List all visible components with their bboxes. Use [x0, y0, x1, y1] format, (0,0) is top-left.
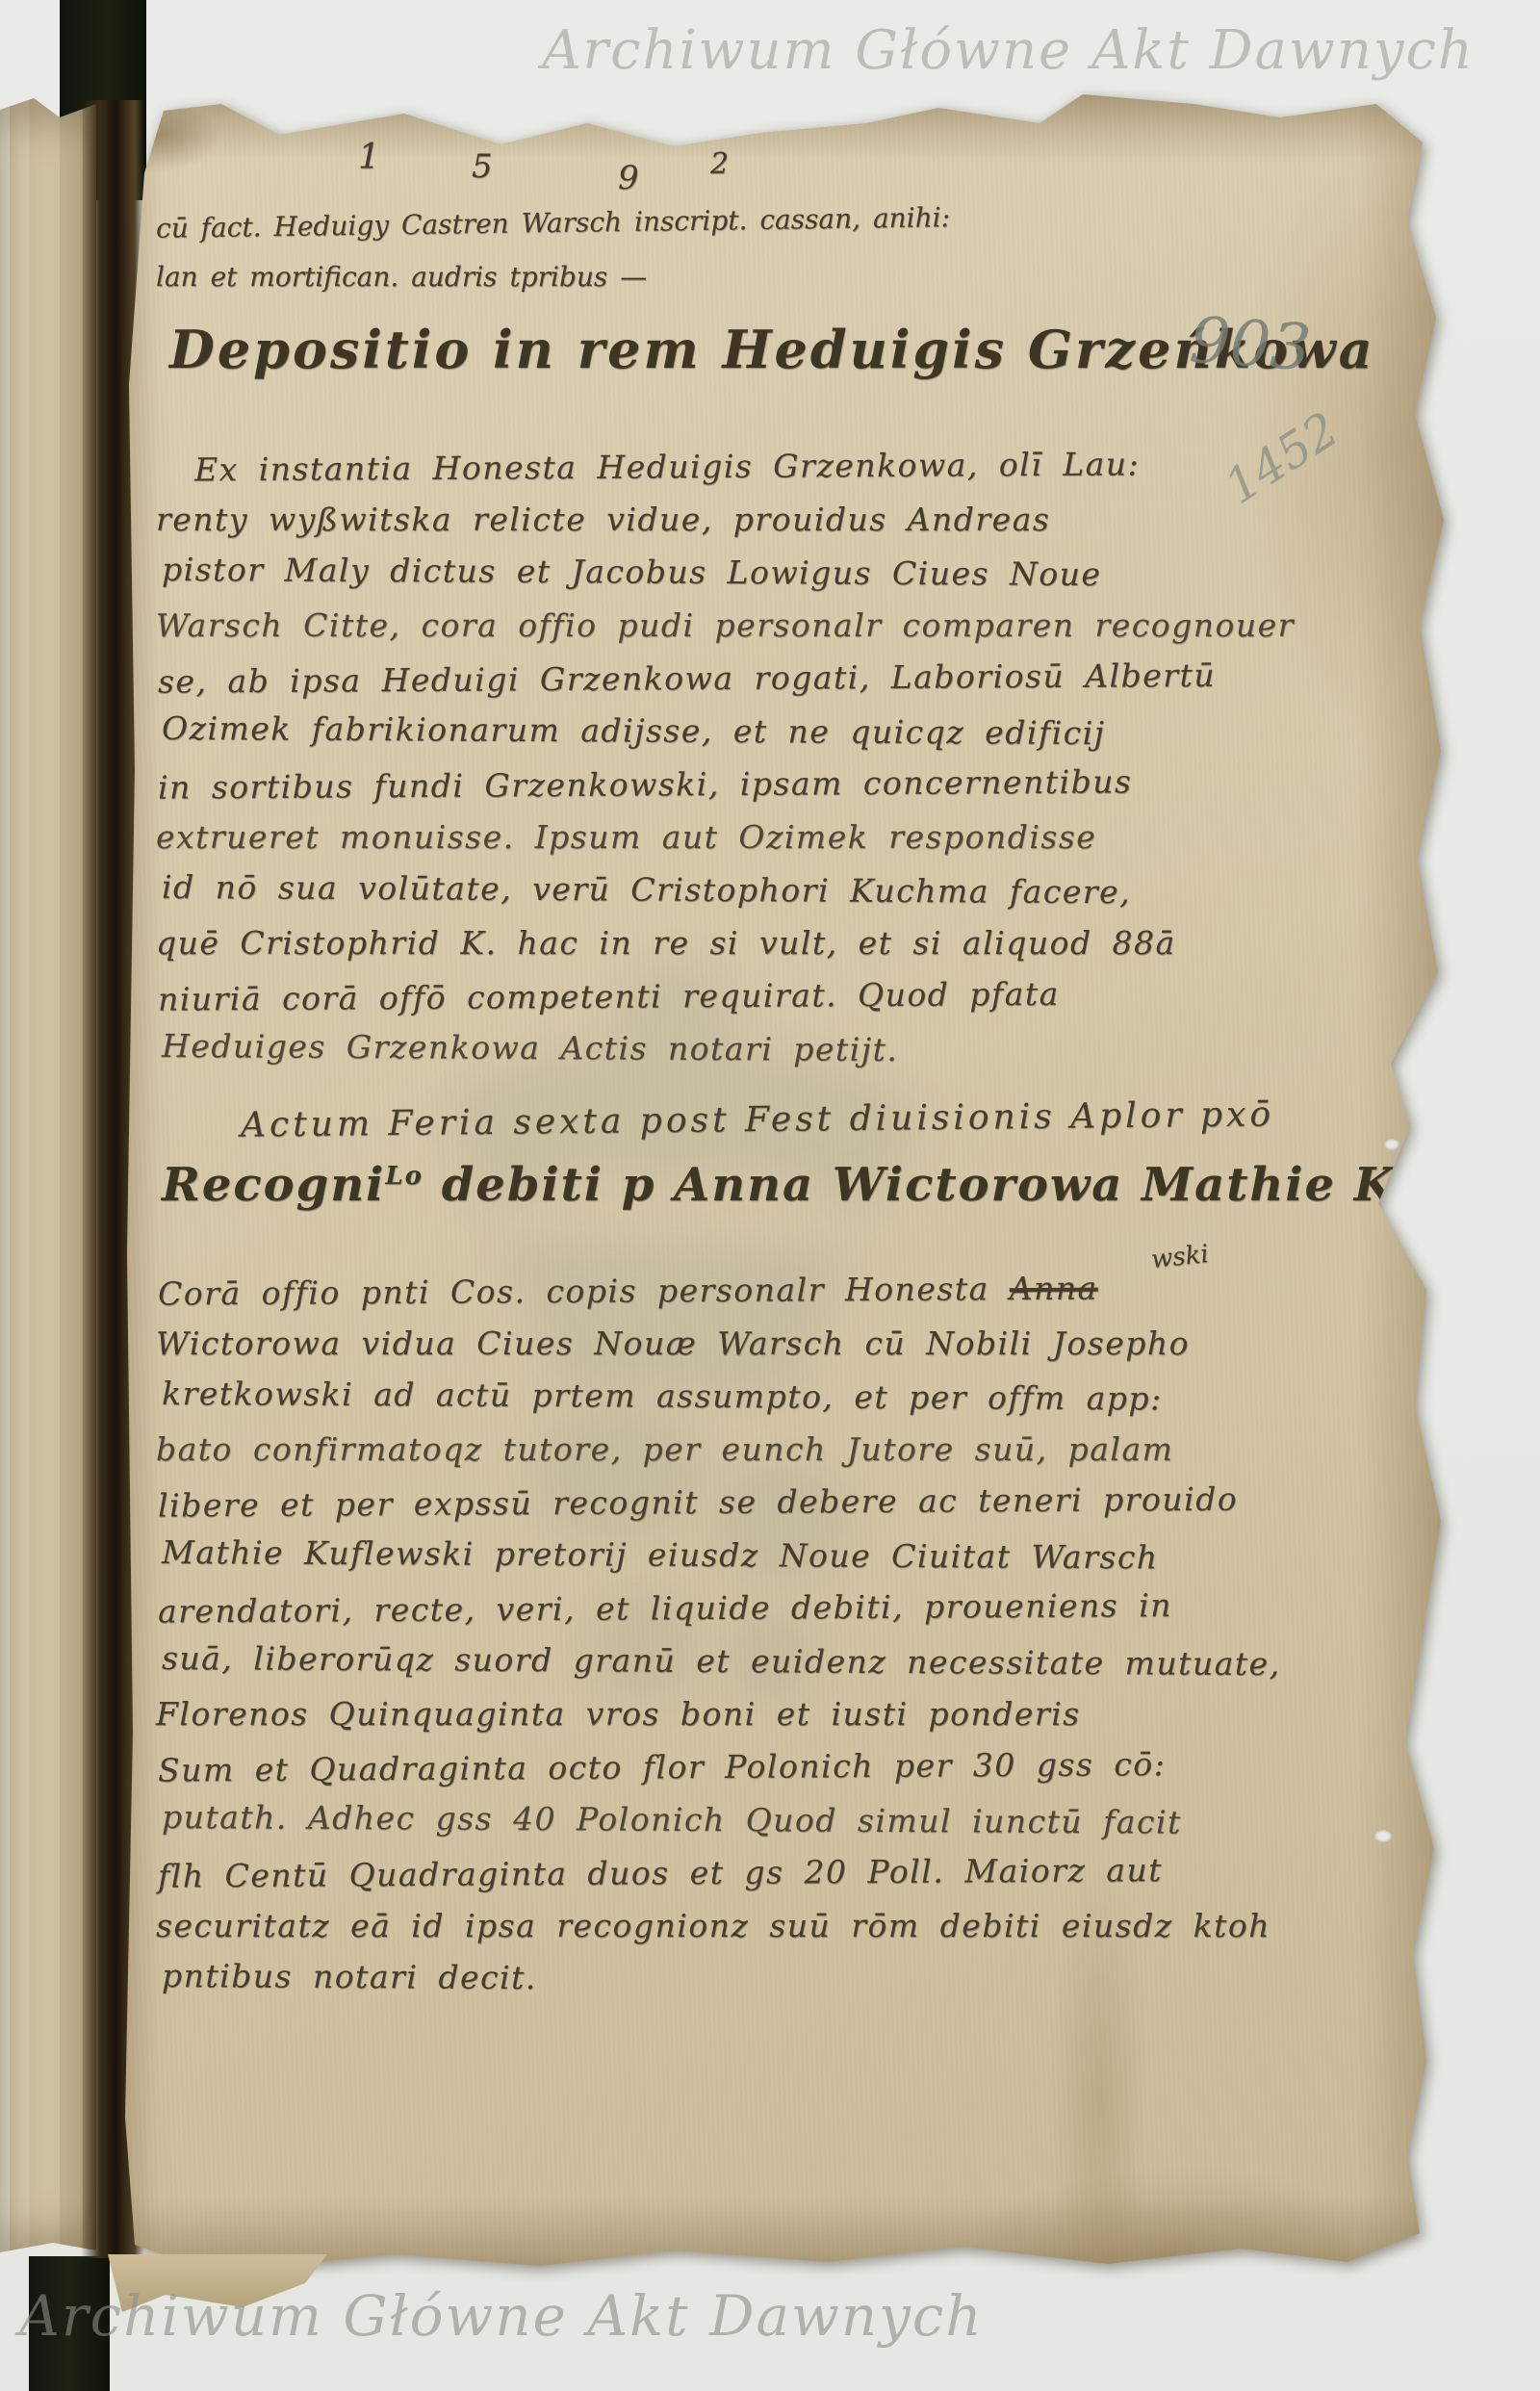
manuscript-line: bato confirmatoqz tutore, per eunch Juto…	[156, 1423, 1275, 1476]
actum-line: Actum Feria sexta post Fest diuisionis A…	[241, 1094, 1274, 1144]
year-digit: 5	[472, 147, 493, 186]
manuscript-line: extrueret monuisse. Ipsum aut Ozimek res…	[156, 810, 1295, 863]
page-surface: 1 5 9 2 cū fact. Heduigy Castren Warsch …	[106, 91, 1449, 2275]
manuscript-line: kretkowski ad actū prtem assumpto, et pe…	[162, 1367, 1281, 1426]
manuscript-line: Florenos Quinquaginta vros boni et iusti…	[156, 1687, 1275, 1740]
manuscript-line: Wictorowa vidua Ciues Nouæ Warsch cū Nob…	[156, 1317, 1275, 1370]
manuscript-line: quē Cristophrid K. hac in re si vult, et…	[156, 916, 1295, 969]
manuscript-line: pistor Maly dictus et Jacobus Lowigus Ci…	[162, 543, 1300, 602]
archival-scan-background: tas Po 22 la: h y m: w r. ad as 20 b w: …	[0, 0, 1540, 2391]
worm-hole	[1374, 1830, 1392, 1842]
intro-line: cū fact. Heduigy Castren Warsch inscript…	[156, 201, 950, 244]
manuscript-line: flh Centū Quadraginta duos et gs 20 Poll…	[158, 1842, 1277, 1902]
binding-tape-bottom	[29, 2256, 110, 2391]
manuscript-line: se, ab ipsa Heduigi Grzenkowa rogati, La…	[158, 648, 1296, 707]
manuscript-line: securitatz eā id ipsa recognionz suū rōm…	[156, 1899, 1275, 1952]
year-digit: 1	[358, 138, 380, 177]
manuscript-line: putath. Adhec gss 40 Polonich Quod simul…	[162, 1790, 1281, 1849]
struck-word: Anna	[1010, 1270, 1098, 1308]
manuscript-line: libere et per expssū recognit se debere …	[158, 1472, 1277, 1531]
manuscript-line: Ozimek fabrikionarum adijsse, et ne quic…	[162, 702, 1300, 760]
manuscript-line: Corā offio pnti Cos. copis personalr Hon…	[158, 1260, 1277, 1320]
entry2-heading-prefix: Recogni	[162, 1158, 385, 1212]
manuscript-page: 1 5 9 2 cū fact. Heduigy Castren Warsch …	[106, 91, 1449, 2275]
manuscript-line: suā, liberorūqz suord granū et euidenz n…	[162, 1632, 1281, 1690]
entry1-paragraph: Ex instantia Honesta Heduigis Grzenkowa,…	[156, 440, 1295, 1075]
watermark-top: Archiwum Główne Akt Dawnych	[542, 19, 1475, 82]
entry2-heading-superscript: Lo	[385, 1162, 423, 1191]
torn-paper-piece	[108, 2254, 327, 2316]
entry2-heading-rest: debiti p Anna Wictorowa Mathie Kufle	[423, 1158, 1503, 1212]
manuscript-line: niuriā corā offō competenti requirat. Qu…	[158, 965, 1296, 1025]
manuscript-line: Mathie Kuflewski pretorij eiusdz Noue Ci…	[162, 1526, 1281, 1584]
year-digit: 2	[710, 147, 729, 181]
manuscript-line: Sum et Quadraginta octo flor Polonich pe…	[158, 1736, 1277, 1796]
manuscript-line-text: Corā offio pnti Cos. copis personalr Hon…	[158, 1270, 989, 1312]
manuscript-line: Heduiges Grzenkowa Actis notari petijt.	[162, 1019, 1300, 1078]
manuscript-line: renty wyßwitska relicte vidue, prouidus …	[156, 493, 1295, 546]
manuscript-line: in sortibus fundi Grzenkowski, ipsam con…	[158, 754, 1296, 813]
pencil-page-number: 903	[1187, 303, 1313, 386]
manuscript-line: arendatori, recte, veri, et liquide debi…	[158, 1578, 1277, 1637]
entry2-paragraph: Corā offio pnti Cos. copis personalr Hon…	[156, 1264, 1275, 2005]
worm-hole	[1384, 1139, 1399, 1150]
intro-line: lan et mortifican. audris tpribus —	[156, 261, 647, 293]
manuscript-line: id nō sua volūtate, verū Cristophori Kuc…	[162, 861, 1300, 919]
manuscript-line: Warsch Citte, cora offio pudi personalr …	[156, 599, 1295, 652]
manuscript-line: Ex instantia Honesta Heduigis Grzenkowa,…	[158, 436, 1296, 496]
entry2-heading: RecogniLo debiti p Anna Wictorowa Mathie…	[162, 1158, 1503, 1212]
manuscript-line: pntibus notari decit.	[162, 1949, 1281, 2008]
year-digit: 9	[618, 159, 639, 197]
